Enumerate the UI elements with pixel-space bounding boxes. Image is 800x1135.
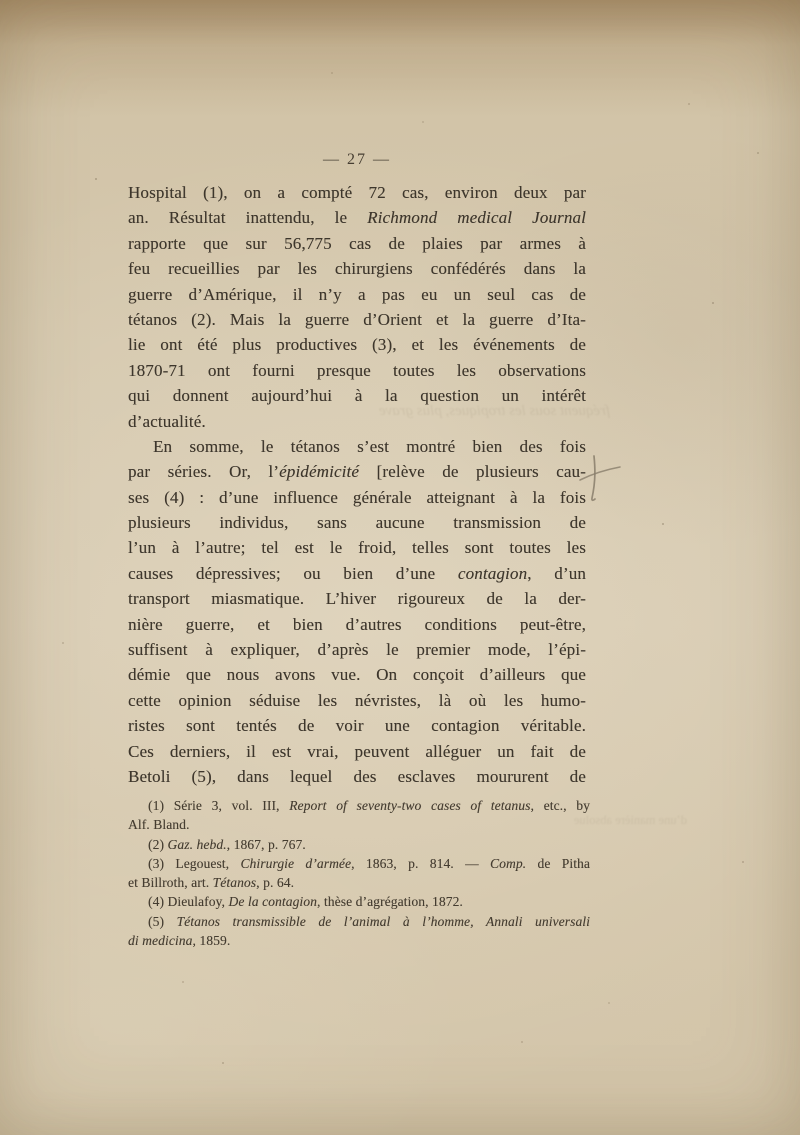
body-text-line: d’actualité. (128, 409, 586, 434)
footnote-line: (2) Gaz. hebd., 1867, p. 767. (128, 835, 590, 854)
body-text-line: causes dépressives; ou bien d’une contag… (128, 561, 586, 586)
body-text-line: qui donnent aujourd’hui à la question un… (128, 383, 586, 408)
body-text: Hospital (1), on a compté 72 cas, enviro… (128, 180, 586, 789)
body-text-line: démie que nous avons vue. On conçoit d’a… (128, 662, 586, 687)
body-text-line: par séries. Or, l’épidémicité [relève de… (128, 459, 586, 484)
body-text-line: l’un à l’autre; tel est le froid, telles… (128, 535, 586, 560)
body-text-line: suffisent à expliquer, d’après le premie… (128, 637, 586, 662)
body-text-line: ristes sont tentés de voir une contagion… (128, 713, 586, 738)
body-text-line: plusieurs individus, sans aucune transmi… (128, 510, 586, 535)
body-text-line: 1870-71 ont fourni presque toutes les ob… (128, 358, 586, 383)
footnote-line: (1) Série 3, vol. III, Report of seventy… (128, 796, 590, 815)
body-text-line: En somme, le tétanos s’est montré bien d… (128, 434, 586, 459)
footnote-line: di medicina, 1859. (128, 931, 590, 950)
body-text-line: ses (4) : d’une influence générale attei… (128, 485, 586, 510)
pencil-cross-mark (578, 454, 624, 504)
body-text-line: feu recueillies par les chirurgiens conf… (128, 256, 586, 281)
page-number: — 27 — (128, 151, 586, 169)
paper-speckles (0, 0, 2, 2)
body-text-line: nière guerre, et bien d’autres condition… (128, 612, 586, 637)
scan-page: fréquent sous les tropiques, plus grave … (0, 0, 800, 1135)
body-text-line: an. Résultat inattendu, le Richmond medi… (128, 205, 586, 230)
body-text-line: Hospital (1), on a compté 72 cas, enviro… (128, 180, 586, 205)
body-text-line: lie ont été plus productives (3), et les… (128, 332, 586, 357)
body-text-line: tétanos (2). Mais la guerre d’Orient et … (128, 307, 586, 332)
body-text-line: cette opinion séduise les névristes, là … (128, 688, 586, 713)
body-text-line: Ces derniers, il est vrai, peuvent allég… (128, 739, 586, 764)
footnote-line: (3) Legouest, Chirurgie d’armée, 1863, p… (128, 854, 590, 873)
footnote-line: Alf. Bland. (128, 815, 590, 834)
body-text-line: rapporte que sur 56,775 cas de plaies pa… (128, 231, 586, 256)
body-text-line: transport miasmatique. L’hiver rigoureux… (128, 586, 586, 611)
footnote-line: et Billroth, art. Tétanos, p. 64. (128, 873, 590, 892)
footnote-line: (4) Dieulafoy, De la contagion, thèse d’… (128, 892, 590, 911)
body-text-line: Betoli (5), dans lequel des esclaves mou… (128, 764, 586, 789)
footnotes: (1) Série 3, vol. III, Report of seventy… (128, 796, 590, 950)
body-text-line: guerre d’Amérique, il n’y a pas eu un se… (128, 282, 586, 307)
footnote-line: (5) Tétanos transmissible de l’animal à … (128, 912, 590, 931)
